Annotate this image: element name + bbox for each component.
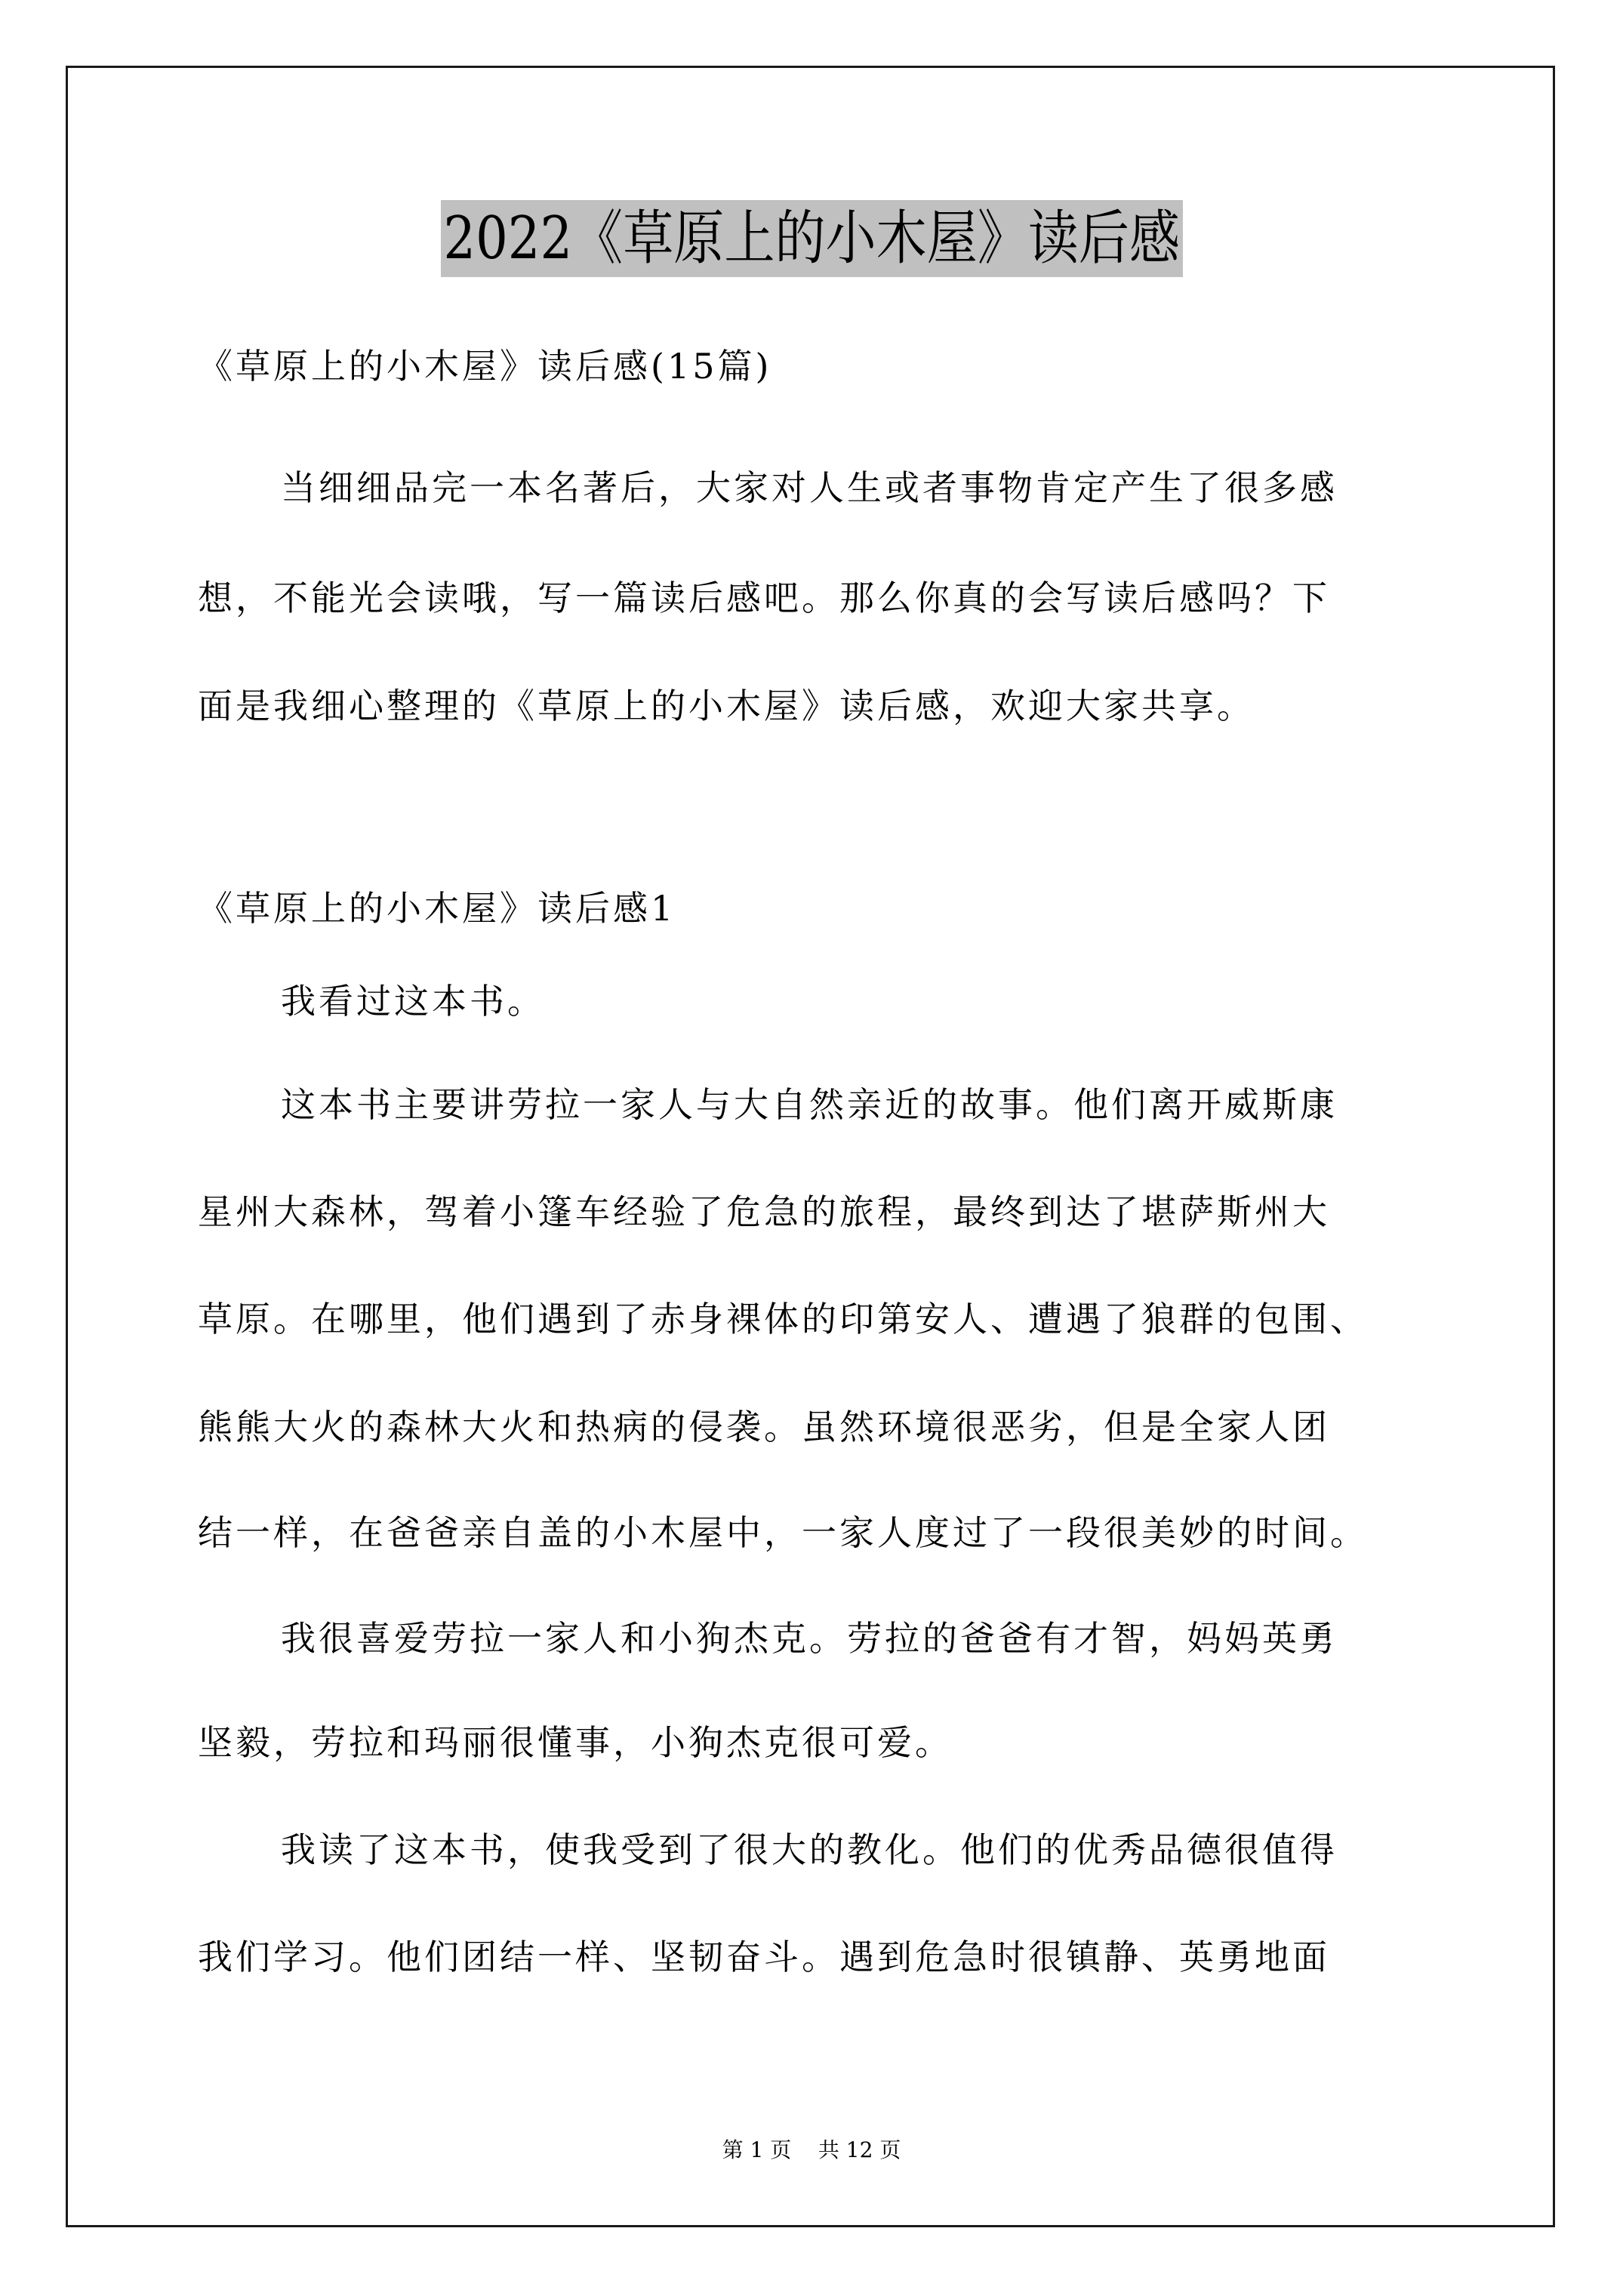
paragraph-line: 熊熊大火的森林大火和热病的侵袭。虽然环境很恶劣，但是全家人团 bbox=[198, 1404, 1330, 1450]
intro-line-1: 当细细品完一本名著后，大家对人生或者事物肯定产生了很多感 bbox=[281, 465, 1338, 510]
title-container: 2022《草原上的小木屋》读后感 bbox=[0, 200, 1623, 277]
page-number-footer: 第 1 页 共 12 页 bbox=[0, 2135, 1623, 2165]
paragraph-line: 我很喜爱劳拉一家人和小狗杰克。劳拉的爸爸有才智，妈妈英勇 bbox=[281, 1616, 1338, 1661]
paragraph-line: 坚毅，劳拉和玛丽很懂事，小狗杰克很可爱。 bbox=[198, 1720, 953, 1765]
paragraph-line: 草原。在哪里，他们遇到了赤身裸体的印第安人、遭遇了狼群的包围、 bbox=[198, 1296, 1368, 1342]
intro-line-3: 面是我细心整理的《草原上的小木屋》读后感，欢迎大家共享。 bbox=[198, 683, 1255, 729]
document-subtitle: 《草原上的小木屋》读后感(15篇) bbox=[198, 344, 771, 389]
paragraph-line: 这本书主要讲劳拉一家人与大自然亲近的故事。他们离开威斯康 bbox=[281, 1082, 1338, 1127]
intro-line-2: 想，不能光会读哦，写一篇读后感吧。那么你真的会写读后感吗？下 bbox=[198, 575, 1330, 621]
document-title: 2022《草原上的小木屋》读后感 bbox=[441, 200, 1183, 277]
paragraph-line: 我看过这本书。 bbox=[281, 978, 545, 1024]
paragraph-line: 星州大森林，驾着小篷车经验了危急的旅程，最终到达了堪萨斯州大 bbox=[198, 1189, 1330, 1234]
paragraph-line: 结一样，在爸爸亲自盖的小木屋中，一家人度过了一段很美妙的时间。 bbox=[198, 1510, 1368, 1555]
section-heading: 《草原上的小木屋》读后感1 bbox=[198, 886, 676, 931]
paragraph-line: 我读了这本书，使我受到了很大的教化。他们的优秀品德很值得 bbox=[281, 1827, 1338, 1872]
page-border bbox=[66, 66, 1555, 2227]
paragraph-line: 我们学习。他们团结一样、坚韧奋斗。遇到危急时很镇静、英勇地面 bbox=[198, 1934, 1330, 1980]
